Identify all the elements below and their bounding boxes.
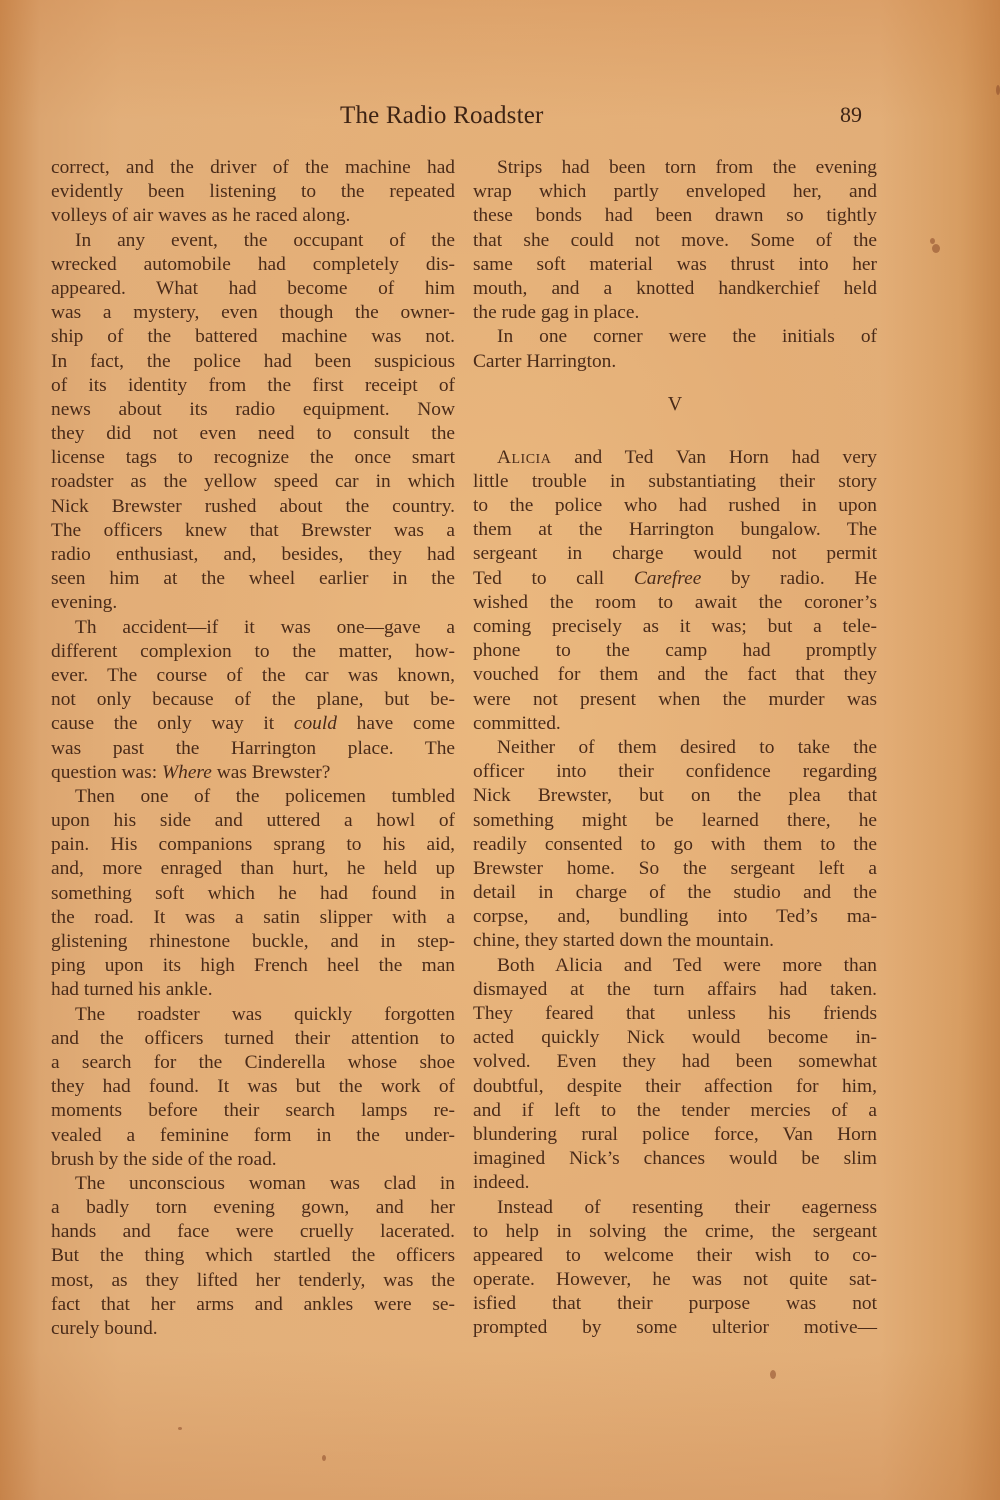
text-line: appeared to welcome their wish to co- (473, 1244, 877, 1268)
text-line: most, as they lifted her tenderly, was t… (51, 1269, 455, 1293)
running-title: The Radio Roadster (340, 102, 544, 130)
text-line: was past the Harrington place. The (51, 737, 455, 761)
text-line: The unconscious woman was clad in (51, 1172, 455, 1196)
text-line: glistening rhinestone buckle, and in ste… (51, 930, 455, 954)
text-line: Nick Brewster rushed about the country. (51, 495, 455, 519)
text-run: question was: (51, 762, 157, 783)
text-line: them at the Harrington bungalow. The (473, 518, 877, 542)
text-line: Then one of the policemen tumbled (51, 785, 455, 809)
text-line: officer into their confidence regarding (473, 760, 877, 784)
text-line: readily consented to go with them to the (473, 833, 877, 857)
text-line: Neither of them desired to take the (473, 736, 877, 760)
text-line: fact that her arms and ankles were se- (51, 1293, 455, 1317)
text-line: upon his side and uttered a howl of (51, 809, 455, 833)
text-line: the road. It was a satin slipper with a (51, 906, 455, 930)
text-line: they did not even need to consult the (51, 422, 455, 446)
text-line: dismayed at the turn affairs had taken. (473, 978, 877, 1002)
text-line: these bonds had been drawn so tightly (473, 204, 877, 228)
text-line: mouth, and a knotted handkerchief held (473, 277, 877, 301)
italic-emphasis: Where (162, 762, 212, 783)
text-line: ping upon its high French heel the man (51, 954, 455, 978)
text-line: ship of the battered machine was not. (51, 325, 455, 349)
text-line: Carter Harrington. (473, 350, 877, 374)
text-line: appeared. What had become of him (51, 277, 455, 301)
right-column: Strips had been torn from the evening wr… (473, 156, 877, 1341)
text-line: different complexion to the matter, how- (51, 640, 455, 664)
text-line: and, more enraged than hurt, he held up (51, 857, 455, 881)
chapter-heading: V (473, 374, 877, 446)
text-line: prompted by some ulterior motive— (473, 1316, 877, 1340)
text-line: Strips had been torn from the evening (473, 156, 877, 180)
text-line: committed. (473, 712, 877, 736)
text-line: moments before their search lamps re- (51, 1099, 455, 1123)
text-line: blundering rural police force, Van Horn (473, 1123, 877, 1147)
text-line: wrap which partly enveloped her, and (473, 180, 877, 204)
text-line: not only because of the plane, but be- (51, 688, 455, 712)
text-line: doubtful, despite their affection for hi… (473, 1075, 877, 1099)
text-line: In one corner were the initials of (473, 325, 877, 349)
text-run: was Brewster? (217, 762, 331, 783)
text-line: In fact, the police had been suspicious (51, 350, 455, 374)
text-line: question was: Where was Brewster? (51, 761, 455, 785)
text-line: to the police who had rushed in upon (473, 494, 877, 518)
text-line: correct, and the driver of the machine h… (51, 156, 455, 180)
text-line: operate. However, he was not quite sat- (473, 1268, 877, 1292)
text-line: the rude gag in place. (473, 301, 877, 325)
text-line: volleys of air waves as he raced along. (51, 204, 455, 228)
text-line: vouched for them and the fact that they (473, 663, 877, 687)
text-line: roadster as the yellow speed car in whic… (51, 470, 455, 494)
text-line: vealed a feminine form in the under- (51, 1124, 455, 1148)
text-line: evening. (51, 591, 455, 615)
text-line: they had found. It was but the work of (51, 1075, 455, 1099)
text-line: a badly torn evening gown, and her (51, 1196, 455, 1220)
paper-speck (932, 244, 940, 253)
text-line: detail in charge of the studio and the (473, 881, 877, 905)
left-column: correct, and the driver of the machine h… (51, 156, 455, 1341)
text-run: Ted to call (473, 568, 604, 589)
text-line: seen him at the wheel earlier in the (51, 567, 455, 591)
text-line: chine, they started down the mountain. (473, 929, 877, 953)
text-line: had turned his ankle. (51, 978, 455, 1002)
text-line: evidently been listening to the repeated (51, 180, 455, 204)
text-line: Nick Brewster, but on the plea that (473, 784, 877, 808)
paper-speck (770, 1370, 776, 1379)
italic-emphasis: could (294, 713, 337, 734)
text-line: license tags to recognize the once smart (51, 446, 455, 470)
book-page: The Radio Roadster 89 correct, and the d… (0, 0, 1000, 1500)
text-line: isfied that their purpose was not (473, 1292, 877, 1316)
text-line: corpse, and, bundling into Ted’s ma- (473, 905, 877, 929)
text-line: brush by the side of the road. (51, 1148, 455, 1172)
text-line: But the thing which startled the officer… (51, 1244, 455, 1268)
text-line: and the officers turned their attention … (51, 1027, 455, 1051)
text-line: acted quickly Nick would become in- (473, 1026, 877, 1050)
text-line: Instead of resenting their eagerness (473, 1196, 877, 1220)
text-line: curely bound. (51, 1317, 455, 1341)
paper-speck (322, 1455, 326, 1461)
page-header: The Radio Roadster 89 (0, 102, 1000, 136)
text-line: something might be learned there, he (473, 809, 877, 833)
text-line: that she could not move. Some of the (473, 229, 877, 253)
text-line: volved. Even they had been somewhat (473, 1050, 877, 1074)
text-line: imagined Nick’s chances would be slim (473, 1147, 877, 1171)
text-line: ever. The course of the car was known, (51, 664, 455, 688)
text-run: have come (357, 713, 455, 734)
text-run: and Ted Van Horn had very (574, 447, 877, 468)
text-line: They feared that unless his friends (473, 1002, 877, 1026)
text-line: Both Alicia and Ted were more than (473, 954, 877, 978)
text-line: and if left to the tender mercies of a (473, 1099, 877, 1123)
text-line: were not present when the murder was (473, 688, 877, 712)
text-line: The roadster was quickly forgotten (51, 1003, 455, 1027)
text-line: coming precisely as it was; but a tele- (473, 615, 877, 639)
text-line: indeed. (473, 1171, 877, 1195)
page-number: 89 (840, 102, 862, 128)
text-line: to help in solving the crime, the sergea… (473, 1220, 877, 1244)
text-line: phone to the camp had promptly (473, 639, 877, 663)
text-line: something soft which he had found in (51, 882, 455, 906)
text-line: news about its radio equipment. Now (51, 398, 455, 422)
text-line: little trouble in substantiating their s… (473, 470, 877, 494)
paper-speck (996, 85, 1000, 95)
text-line: Brewster home. So the sergeant left a (473, 857, 877, 881)
text-line: a search for the Cinderella whose shoe (51, 1051, 455, 1075)
text-line: was a mystery, even though the owner- (51, 301, 455, 325)
text-line: Th accident—if it was one—gave a (51, 616, 455, 640)
text-line: cause the only way it could have come (51, 712, 455, 736)
text-line: wrecked automobile had completely dis- (51, 253, 455, 277)
text-line: of its identity from the first receipt o… (51, 374, 455, 398)
text-line: sergeant in charge would not permit (473, 542, 877, 566)
text-line: pain. His companions sprang to his aid, (51, 833, 455, 857)
italic-boat-name: Carefree (634, 568, 702, 589)
text-run: by radio. He (731, 568, 877, 589)
paper-speck (178, 1427, 182, 1430)
text-run: cause the only way it (51, 713, 274, 734)
chapter-opening-word: Alicia (497, 447, 551, 468)
text-line: The officers knew that Brewster was a (51, 519, 455, 543)
text-line: hands and face were cruelly lacerated. (51, 1220, 455, 1244)
text-line: In any event, the occupant of the (51, 229, 455, 253)
text-line: same soft material was thrust into her (473, 253, 877, 277)
text-line: wished the room to await the coroner’s (473, 591, 877, 615)
text-line: Alicia and Ted Van Horn had very (473, 446, 877, 470)
text-line: radio enthusiast, and, besides, they had (51, 543, 455, 567)
text-line: Ted to call Carefree by radio. He (473, 567, 877, 591)
